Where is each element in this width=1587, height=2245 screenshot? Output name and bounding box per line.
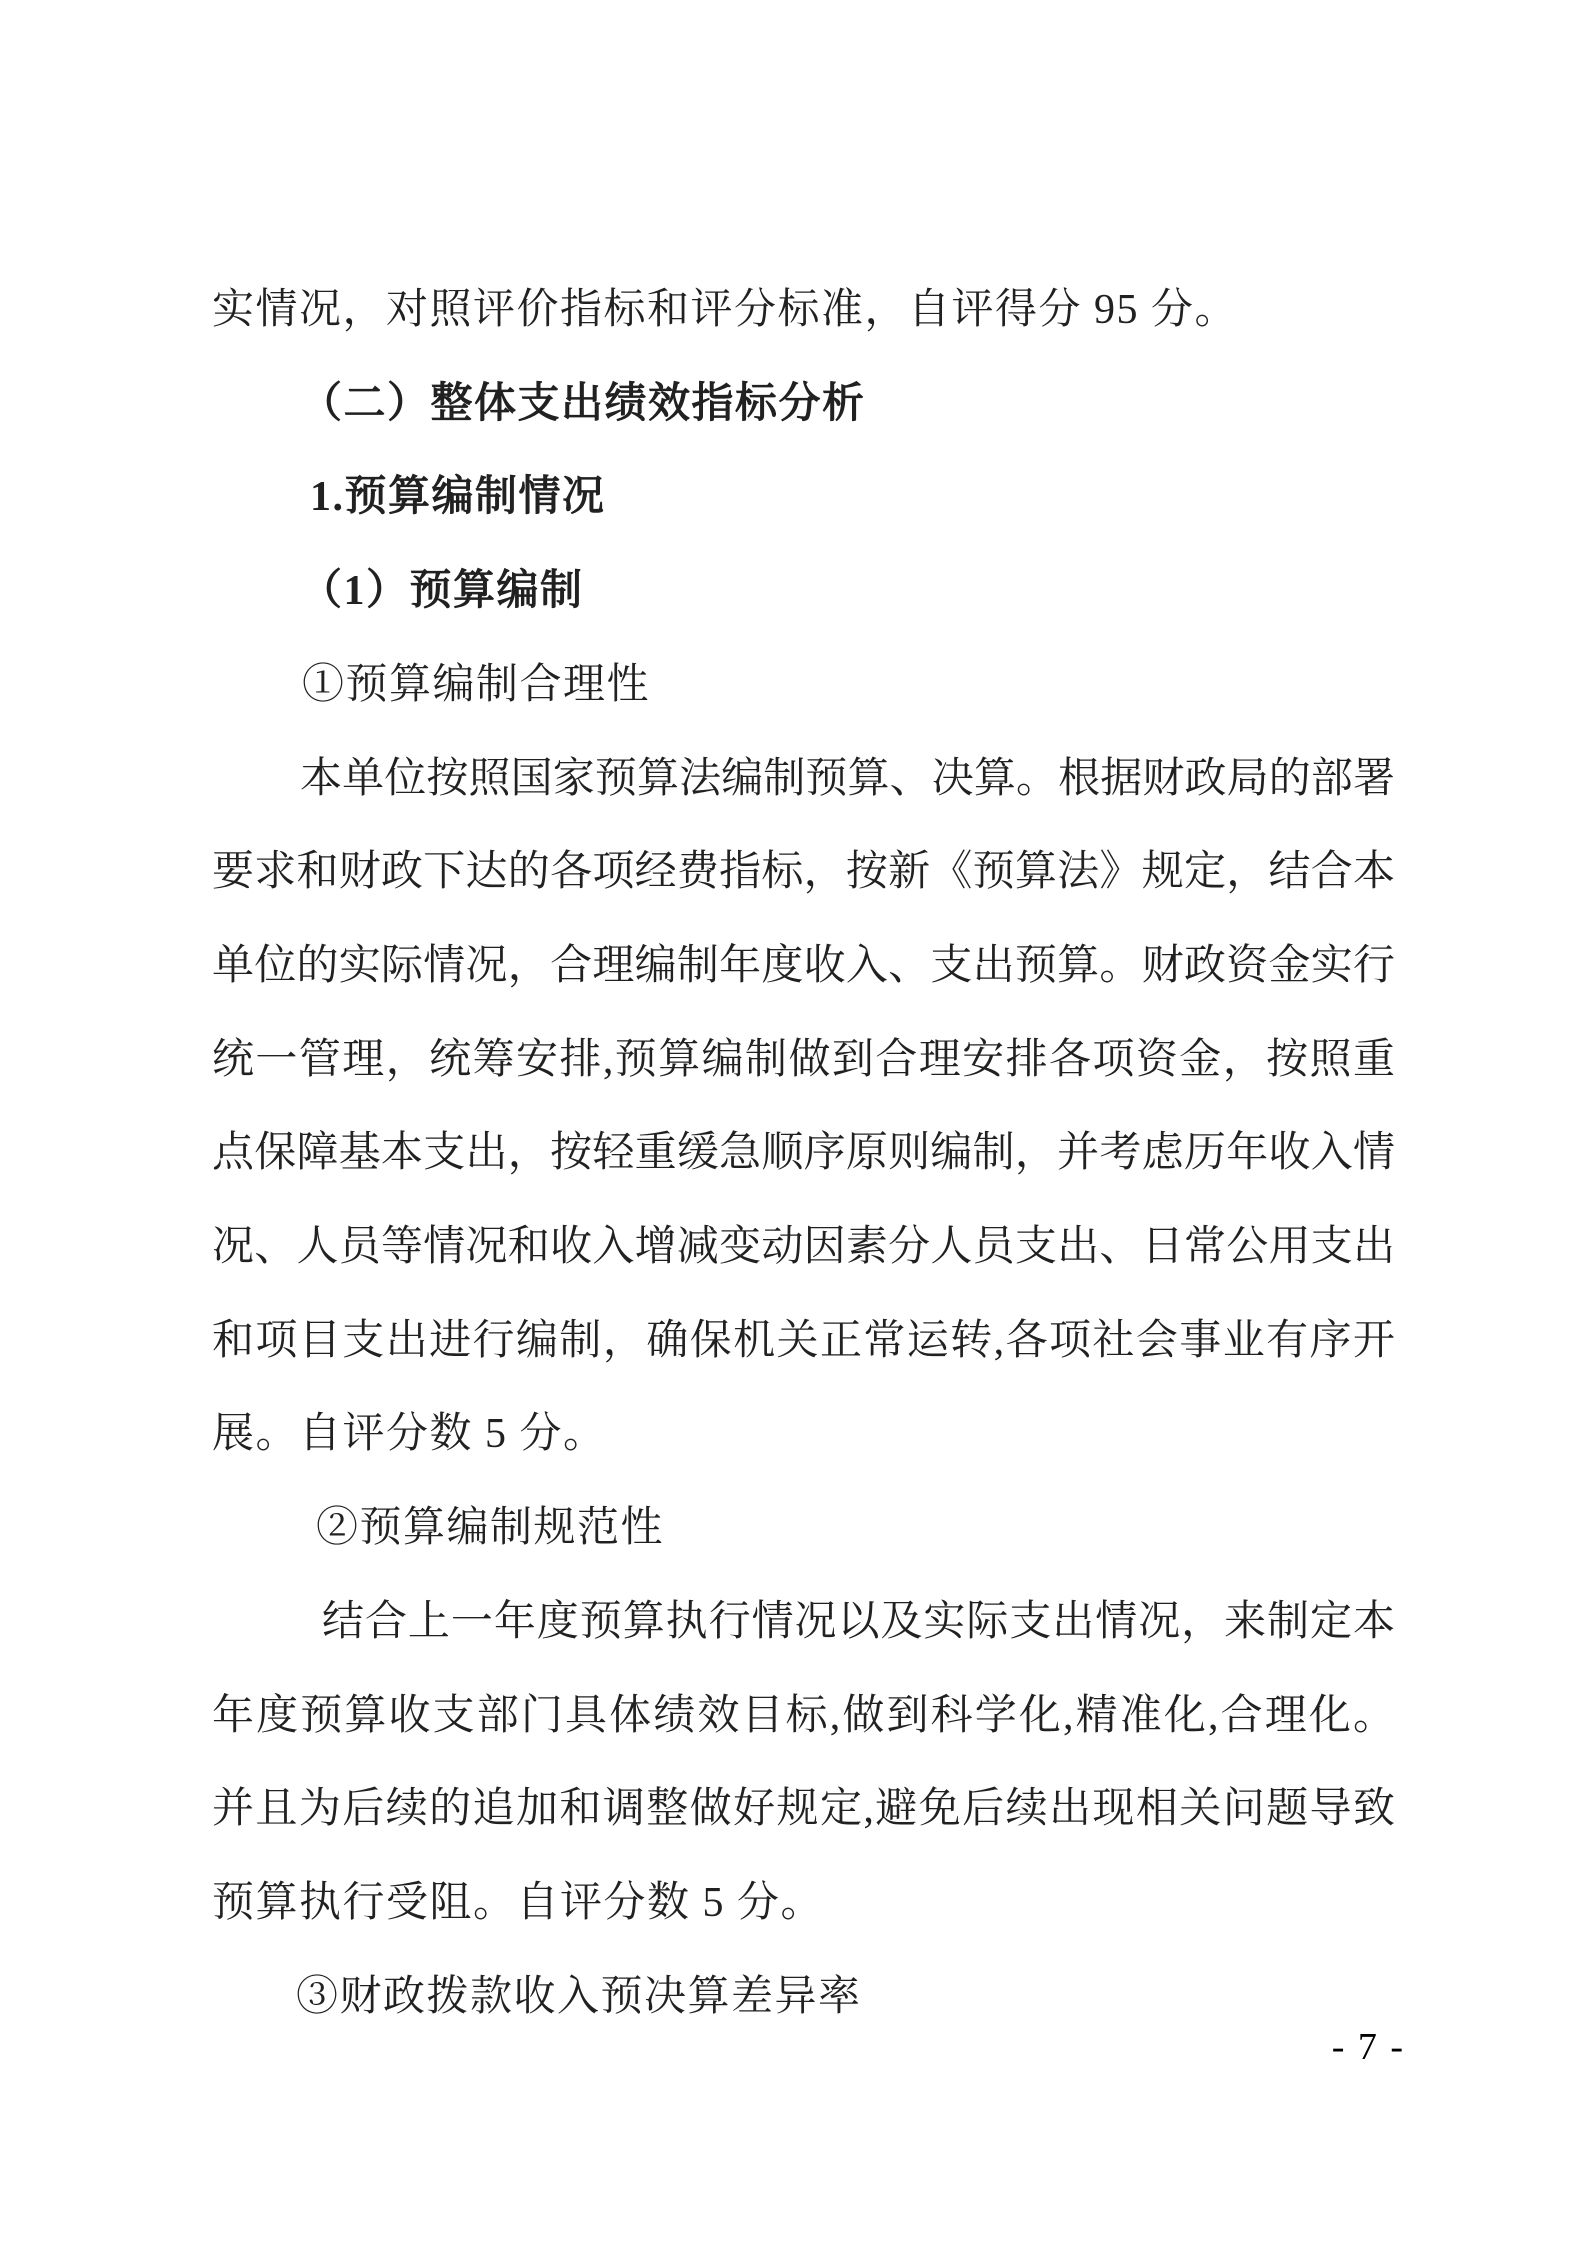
paragraph-continuation-line: 实情况，对照评价指标和评分标准，自评得分 95 分。 bbox=[212, 281, 1395, 339]
clause-heading-2: ②预算编制规范性 bbox=[212, 1499, 1395, 1557]
subsection-heading: 1.预算编制情况 bbox=[212, 468, 1395, 526]
paragraph-line: 并且为后续的追加和调整做好规定,避免后续出现相关问题导致 bbox=[212, 1780, 1395, 1838]
paragraph-last-line: 预算执行受阻。自评分数 5 分。 bbox=[212, 1874, 1395, 1932]
paragraph-line: 年度预算收支部门具体绩效目标,做到科学化,精准化,合理化。 bbox=[212, 1687, 1395, 1745]
section-heading: （二）整体支出绩效指标分析 bbox=[212, 375, 1395, 433]
page-number: - 7 - bbox=[1332, 2022, 1405, 2072]
paragraph-line: 要求和财政下达的各项经费指标，按新《预算法》规定，结合本 bbox=[212, 843, 1395, 901]
paragraph-line: 单位的实际情况，合理编制年度收入、支出预算。财政资金实行 bbox=[212, 937, 1395, 995]
paragraph-line: 点保障基本支出，按轻重缓急顺序原则编制，并考虑历年收入情 bbox=[212, 1124, 1395, 1182]
paragraph-last-line: 展。自评分数 5 分。 bbox=[212, 1405, 1395, 1463]
document-page: 实情况，对照评价指标和评分标准，自评得分 95 分。 （二）整体支出绩效指标分析… bbox=[0, 0, 1587, 2245]
item-heading: （1）预算编制 bbox=[212, 562, 1395, 620]
clause-heading-1: ①预算编制合理性 bbox=[212, 656, 1395, 714]
clause-heading-3: ③财政拨款收入预决算差异率 bbox=[212, 1968, 1395, 2026]
paragraph-line: 况、人员等情况和收入增减变动因素分人员支出、日常公用支出 bbox=[212, 1218, 1395, 1276]
paragraph-line: 统一管理，统筹安排,预算编制做到合理安排各项资金，按照重 bbox=[212, 1031, 1395, 1089]
paragraph-line: 结合上一年度预算执行情况以及实际支出情况，来制定本 bbox=[212, 1593, 1395, 1651]
paragraph-line: 和项目支出进行编制，确保机关正常运转,各项社会事业有序开 bbox=[212, 1312, 1395, 1370]
paragraph-line: 本单位按照国家预算法编制预算、决算。根据财政局的部署 bbox=[212, 750, 1395, 808]
